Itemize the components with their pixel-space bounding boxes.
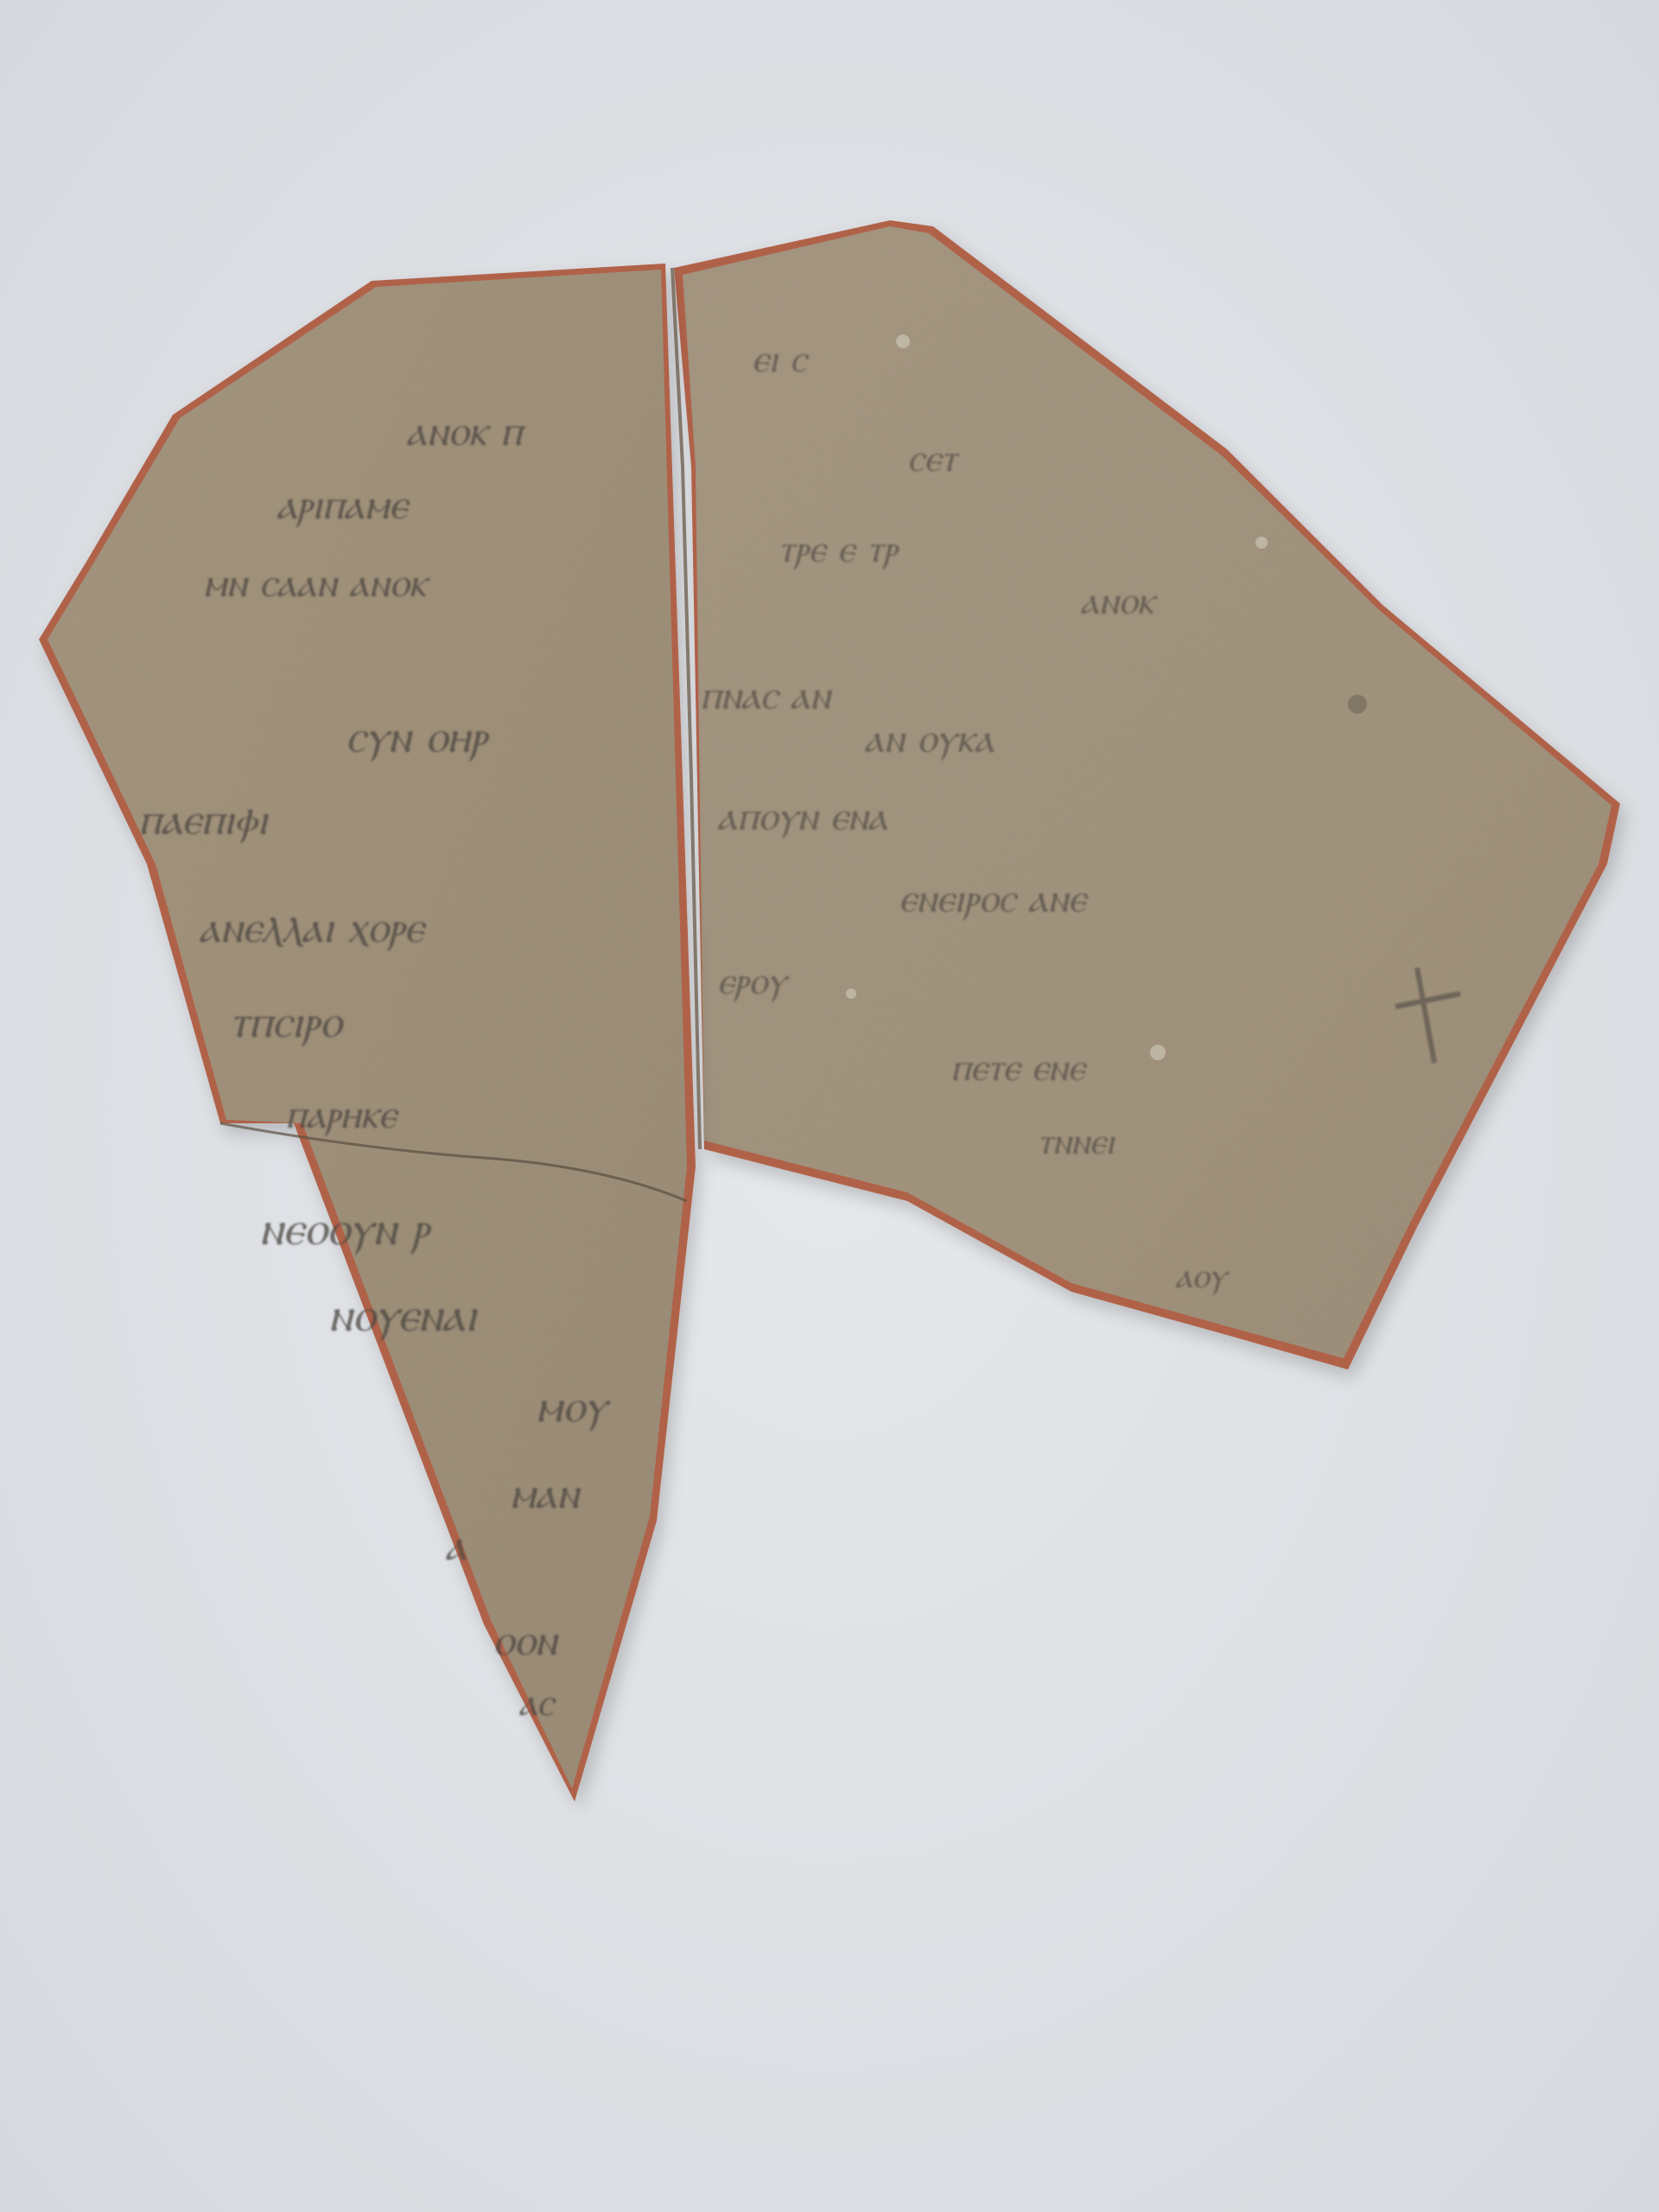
inscription-line: ⲧⲣⲉ ⲉ ⲧⲣ (778, 527, 900, 571)
inscription-line: ⲙⲛ ⲥⲁⲁⲛ ⲁⲛⲟⲕ (203, 559, 430, 606)
inscription-line: ⲡⲛⲁⲥ ⲁⲛ (700, 671, 832, 718)
inscription-line: ⲙⲟⲩ (536, 1381, 611, 1433)
inscription-line: ⲡⲁⲣⲏⲕⲉ (285, 1090, 399, 1137)
photograph-scene: ⲁⲛⲟⲕ ⲡ ⲁⲣⲓⲡⲁⲙⲉ ⲙⲛ ⲥⲁⲁⲛ ⲁⲛⲟⲕ ⲥⲩⲛ ⲟⲏⲣ ⲡⲁⲉⲡ… (0, 0, 1659, 2212)
inscription-line: ⲟⲟⲛ (493, 1615, 560, 1665)
inscription-line: ⲁⲛⲉⲗⲗⲁⲓ ⲭⲟⲣⲉ (199, 902, 427, 952)
inscription-line: ⲁⲣⲓⲡⲁⲙⲉ (276, 480, 410, 529)
inscription-line: ⲁⲛⲟⲕ (1080, 579, 1158, 623)
inscription-line: ⲡⲁⲉⲡⲓⲫⲓ (138, 794, 270, 844)
inscription-line: ⲁ (445, 1520, 467, 1570)
inscription-line: ⲁⲡⲟⲩⲛ ⲉⲛⲁ (717, 792, 887, 839)
inscription-line: ⲥⲉⲧ (907, 436, 960, 480)
inscription-line: ⲧⲛⲛⲉⲓ (1037, 1120, 1116, 1162)
inscription-line: ⲉⲓ ⲥ (752, 337, 810, 381)
inscription-line: ⲧⲡⲥⲓⲣⲟ (229, 996, 345, 1048)
inscription-line: ⲡⲉⲧⲉ ⲉⲛⲉ (950, 1046, 1088, 1090)
inscription-line: ⲛⲟⲩⲉⲛⲁⲓ (328, 1287, 478, 1342)
inscription-line: ⲉⲣⲟⲩ (717, 959, 790, 1003)
inscription-line: ⲁⲥ (518, 1681, 556, 1725)
inscription-line: ⲁⲛ ⲟⲩⲕⲁ (864, 715, 994, 761)
inscription-line: ⲉⲛⲉⲓⲣⲟⲥ ⲁⲛⲉ (899, 874, 1089, 921)
inscription-line: ⲛⲉⲟⲟⲩⲛ ⲣ (259, 1201, 433, 1255)
ostracon-illustration: ⲁⲛⲟⲕ ⲡ ⲁⲣⲓⲡⲁⲙⲉ ⲙⲛ ⲥⲁⲁⲛ ⲁⲛⲟⲕ ⲥⲩⲛ ⲟⲏⲣ ⲡⲁⲉⲡ… (0, 0, 1659, 2212)
inscription-line: ⲙⲁⲛ (510, 1468, 582, 1518)
inscription-line: ⲥⲩⲛ ⲟⲏⲣ (346, 711, 491, 763)
inscription-line: ⲁⲟⲩ (1175, 1256, 1230, 1296)
inscription-line: ⲁⲛⲟⲕ ⲡ (406, 407, 526, 455)
